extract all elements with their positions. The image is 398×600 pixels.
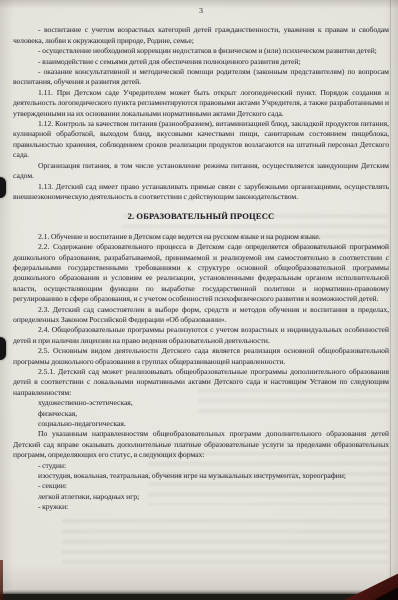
paragraph: 2.5.1. Детский сад может реализовывать о… <box>13 367 389 398</box>
paragraph: 2.4. Общеобразовательные программы реали… <box>13 325 389 346</box>
paragraph: 1.11. При Детском саде Учредителем может… <box>13 88 389 119</box>
paragraph: - осуществление необходимой коррекции не… <box>13 46 389 56</box>
list-item: социально-педагогическая. <box>13 419 389 429</box>
list-item: изостудия, вокальная, театральная, обуче… <box>13 471 389 481</box>
paragraph-list: - воспитание с учетом возрастных категор… <box>13 25 389 512</box>
book-cover-left-sliver <box>0 560 3 600</box>
list-item: художественно-эстетическая, <box>13 398 389 408</box>
paragraph: - взаимодействие с семьями детей для обе… <box>13 57 389 67</box>
page-fold-line <box>390 0 391 586</box>
paragraph: 1.13. Детский сад имеет право устанавлив… <box>13 182 389 203</box>
paragraph: 2.5. Основным видом деятельности Детског… <box>13 346 389 367</box>
paragraph: 2.2. Содержание образовательного процесс… <box>13 242 389 304</box>
section-heading: 2. ОБРАЗОВАТЕЛЬНЫЙ ПРОЦЕСС <box>13 211 389 221</box>
list-item: легкой атлетики, народных игр; <box>13 492 389 502</box>
list-item: - кружки: <box>13 502 389 512</box>
binder-hole-mark <box>0 337 6 360</box>
scanned-document-photo: 3 - воспитание с учетом возрастных катег… <box>0 0 398 600</box>
paragraph: 2.1. Обучение и воспитание в Детском сад… <box>13 232 389 242</box>
page-content: 3 - воспитание с учетом возрастных катег… <box>13 6 389 580</box>
paragraph: По указанным направленностям общеобразов… <box>13 429 389 460</box>
list-item: физическая, <box>13 409 389 419</box>
page-stack-edge <box>0 589 398 594</box>
paragraph: - воспитание с учетом возрастных категор… <box>13 25 389 46</box>
list-item: - секции: <box>13 481 389 491</box>
page-number: 3 <box>13 6 389 16</box>
paragraph: 2.3. Детский сад самостоятелен в выборе … <box>13 305 389 326</box>
list-item: - студии: <box>13 461 389 471</box>
paragraph: Организация питания, в том числе установ… <box>13 161 389 182</box>
paragraph: - оказание консультативной и методическо… <box>13 67 389 88</box>
binder-hole-mark <box>0 177 6 198</box>
paragraph: 1.12. Контроль за качеством питания (раз… <box>13 119 389 161</box>
